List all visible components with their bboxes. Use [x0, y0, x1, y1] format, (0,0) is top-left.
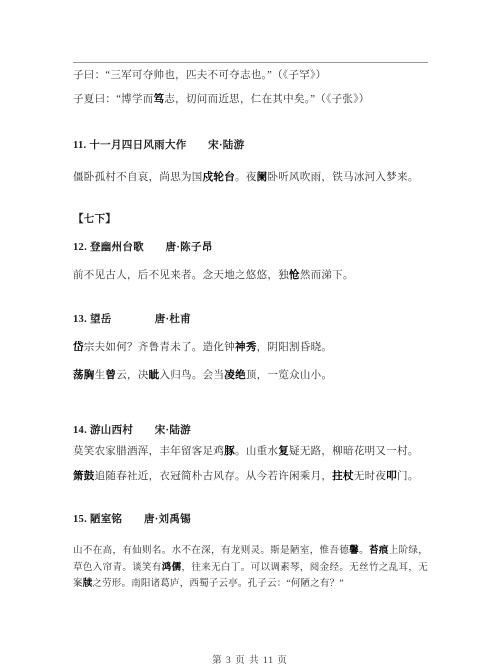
text-run: 子曰：“三军可夺帅也，匹夫不可夺志也。”（《子罕》）	[73, 70, 326, 81]
text-run: 【七下】	[73, 214, 116, 225]
text-run: 莫笑农家腊酒浑，丰年留客足鸡	[73, 446, 224, 457]
emphasized-text-run: 馨	[349, 546, 359, 556]
poem-line: 前不见古人，后不见来者。念天地之悠悠，独怆然而涕下。	[73, 269, 428, 282]
text-run: 生	[95, 370, 106, 381]
emphasized-text-run: 戍轮台	[203, 172, 235, 183]
emphasized-text-run: 豚	[224, 446, 235, 457]
text-run: 15. 陋室铭 唐·刘禹锡	[73, 514, 191, 525]
text-run: 卧听风吹雨，铁马冰河入梦来。	[267, 172, 418, 183]
analects-quote-zihan: 子曰：“三军可夺帅也，匹夫不可夺志也。”（《子罕》）	[73, 69, 428, 82]
emphasized-text-run: 鸿儒	[162, 563, 182, 573]
text-run: 。山重水	[235, 446, 278, 457]
poem-line: 僵卧孤村不自哀，尚思为国戍轮台。夜阑卧听风吹雨，铁马冰河入梦来。	[73, 171, 428, 184]
emphasized-text-run: 怆	[289, 270, 300, 281]
text-run: 追随春社近，衣冠简朴古风存。从今若许闲乘月，	[95, 471, 333, 482]
poem-title-12: 12. 登幽州台歌 唐·陈子昂	[73, 241, 428, 254]
emphasized-text-run: 牍	[83, 579, 93, 589]
top-divider-line	[73, 62, 428, 63]
emphasized-text-run: 复	[278, 446, 289, 457]
text-run: 。夜	[235, 172, 257, 183]
text-run: 子夏曰：“博学而	[73, 94, 154, 105]
text-run: 无时夜	[354, 471, 386, 482]
document-page: 子曰：“三军可夺帅也，匹夫不可夺志也。”（《子罕》）子夏曰：“博学而笃志，切问而…	[0, 0, 500, 670]
poem-title-15: 15. 陋室铭 唐·刘禹锡	[73, 513, 428, 526]
emphasized-text-run: 箫鼓	[73, 471, 95, 482]
document-body: 子曰：“三军可夺帅也，匹夫不可夺志也。”（《子罕》）子夏曰：“博学而笃志，切问而…	[73, 69, 428, 593]
text-run: 顶，一览众山小。	[246, 370, 332, 381]
text-run: 入归鸟。会当	[159, 370, 224, 381]
emphasized-text-run: 神秀	[235, 342, 257, 353]
text-run: 宗夫如何？齐鲁青未了。造化钟	[84, 342, 235, 353]
text-run: 12. 登幽州台歌 唐·陈子昂	[73, 242, 213, 253]
text-run: 山不在高，有仙则名。水不在深，有龙则灵。斯是陋室，惟吾德	[73, 546, 349, 556]
text-run: 志，切问而近思，仁在其中矣。”（《子张》）	[164, 94, 369, 105]
text-run: ，阴阳割昏晓。	[257, 342, 333, 353]
text-run: 14. 游山西村 宋·陆游	[73, 425, 191, 436]
text-run: 之劳形。南阳诸葛庐，西蜀子云亭。孔子云：“何陋之有？”	[92, 579, 343, 589]
emphasized-text-run: 苔痕	[369, 546, 389, 556]
poem-title-14: 14. 游山西村 宋·陆游	[73, 424, 428, 437]
emphasized-text-run: 岱	[73, 342, 84, 353]
emphasized-text-run: 凌绝	[224, 370, 246, 381]
text-run: 云，决	[116, 370, 148, 381]
poem-line: 荡胸生曾云，决眦入归鸟。会当凌绝顶，一览众山小。	[73, 369, 428, 382]
text-run: 然而涕下。	[300, 270, 354, 281]
text-run: 前不见古人，后不见来者。念天地之悠悠，独	[73, 270, 289, 281]
poem-line: 莫笑农家腊酒浑，丰年留客足鸡豚。山重水复疑无路，柳暗花明又一村。	[73, 445, 428, 458]
text-run: 疑无路，柳暗花明又一村。	[289, 446, 419, 457]
emphasized-text-run: 笃	[154, 94, 165, 105]
poem-line: 箫鼓追随春社近，衣冠简朴古风存。从今若许闲乘月，拄杖无时夜叩门。	[73, 470, 428, 483]
prose-loushiming: 山不在高，有仙则名。水不在深，有龙则灵。斯是陋室，惟吾德馨。苔痕上阶绿，草色入帘…	[73, 543, 428, 593]
text-run: 11. 十一月四日风雨大作 宋·陆游	[73, 140, 244, 151]
poem-title-11: 11. 十一月四日风雨大作 宋·陆游	[73, 139, 428, 152]
text-run: 。	[359, 546, 369, 556]
poem-line: 岱宗夫如何？齐鲁青未了。造化钟神秀，阴阳割昏晓。	[73, 341, 428, 354]
text-run: 僵卧孤村不自哀，尚思为国	[73, 172, 203, 183]
text-run: 13. 望岳 唐·杜甫	[73, 314, 191, 325]
poem-title-13: 13. 望岳 唐·杜甫	[73, 313, 428, 326]
document-content: 子曰：“三军可夺帅也，匹夫不可夺志也。”（《子罕》）子夏曰：“博学而笃志，切问而…	[73, 0, 428, 593]
emphasized-text-run: 拄杖	[332, 471, 354, 482]
analects-quote-zizhang: 子夏曰：“博学而笃志，切问而近思，仁在其中矣。”（《子张》）	[73, 93, 428, 106]
page-number-footer: 第 3 页 共 11 页	[0, 652, 500, 666]
text-run: 门。	[397, 471, 419, 482]
emphasized-text-run: 荡胸	[73, 370, 95, 381]
emphasized-text-run: 阑	[257, 172, 268, 183]
emphasized-text-run: 叩	[386, 471, 397, 482]
emphasized-text-run: 曾	[105, 370, 116, 381]
section-marker-grade7-vol2: 【七下】	[73, 213, 428, 226]
emphasized-text-run: 眦	[149, 370, 160, 381]
